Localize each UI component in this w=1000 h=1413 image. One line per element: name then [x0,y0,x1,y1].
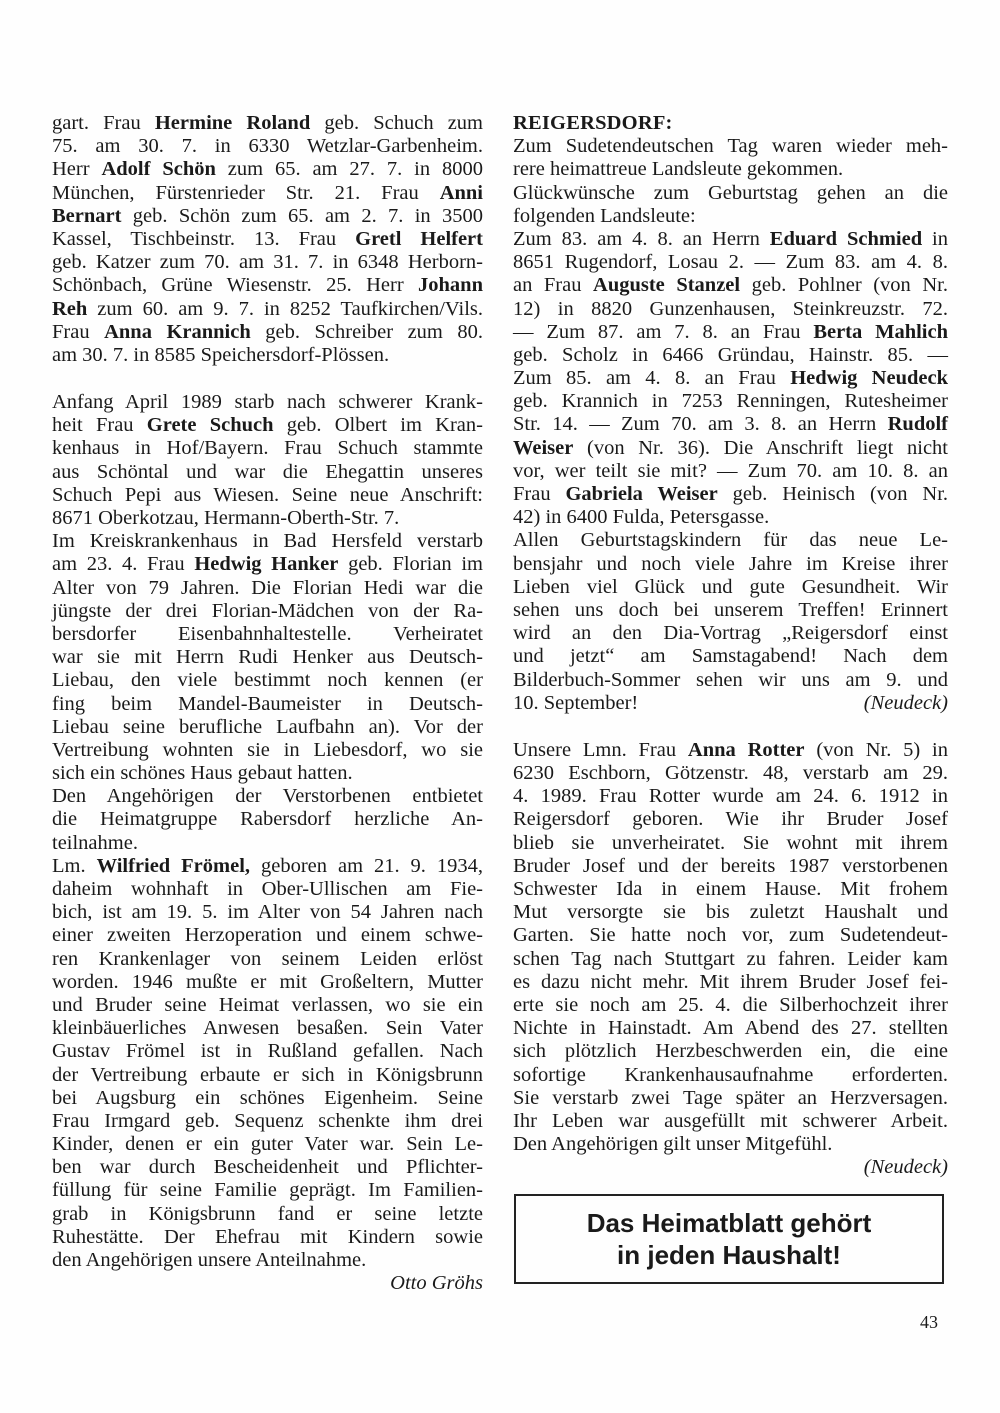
text-line: daheim wohnhaft in Ober-Ullischen am Fie… [52,878,483,901]
left-column: gart. Frau Hermine Roland geb. Schuch zu… [52,112,483,1295]
text-run: geb. Heinisch (von Nr. [718,483,948,505]
author-signature: Otto Gröhs [52,1272,483,1295]
rotter-obituary: Unsere Lmn. Frau Anna Rotter (von Nr. 5)… [513,739,948,1156]
text-run: Frau [52,321,104,343]
text-line: Schwester Ida in einem Hause. Mit frohem [513,878,948,901]
text-line: 42) in 6400 Fulda, Petersgasse. [513,506,948,529]
text-line: Unsere Lmn. Frau Anna Rotter (von Nr. 5)… [513,739,948,762]
text-line: schen Tag nach Stuttgart zu fahren. Leid… [513,948,948,971]
text-run: blieb sie unverheiratet. Sie wohnt mit i… [513,832,948,854]
text-line: 8671 Oberkotzau, Hermann-Oberth-Str. 7. [52,507,483,530]
text-run: Lm. [52,855,97,877]
signature-neudeck-1: (Neudeck) [864,692,948,715]
text-line: Nichte in Hainstadt. Am Abend des 27. st… [513,1017,948,1040]
text-line: 12) in 8820 Gunzenhausen, Steinkreuzstr.… [513,298,948,321]
text-run: bei Augsburg ein schönes Eigenheim. Sein… [52,1087,483,1109]
text-run: Anfang April 1989 starb nach schwerer Kr… [52,391,483,413]
text-run: geb. Pohlner (von Nr. [740,274,948,296]
text-run: in [922,228,948,250]
text-run: 4. 1989. Frau Rotter wurde am 24. 6. 191… [513,785,948,807]
text-line: sofortige Krankenhausaufnahme erforderte… [513,1064,948,1087]
text-line: Den Angehörigen gilt unser Mitgefühl. [513,1133,948,1156]
text-line: war sie mit Herrn Rudi Henker aus Deutsc… [52,646,483,669]
text-line: Mut versorgte sie bis zuletzt Haushalt u… [513,901,948,924]
text-line: Bilderbuch-Sommer sehen wir uns am 9. un… [513,669,948,692]
text-run: Mut versorgte sie bis zuletzt Haushalt u… [513,901,948,923]
text-line: Allen Geburtstagskindern für das neue Le… [513,529,948,552]
text-run: geb. Scholz in 6466 Gründau, Hainstr. 85… [513,344,948,366]
text-line: den Angehörigen unsere Anteilnahme. [52,1249,483,1272]
text-run: 8671 Oberkotzau, Hermann-Oberth-Str. 7. [52,507,399,529]
text-run: teilnahme. [52,832,138,854]
person-name: Auguste Stanzel [593,274,740,296]
text-line: rere heimattreue Landsleute gekommen. [513,158,948,181]
text-line: Bruder Josef und der bereits 1987 versto… [513,855,948,878]
text-line: bersdorfer Eisenbahnhaltestelle. Verheir… [52,623,483,646]
text-line: Weiser (von Nr. 36). Die Anschrift liegt… [513,437,948,460]
text-line: Bernart geb. Schön zum 65. am 2. 7. in 3… [52,205,483,228]
right-column: REIGERSDORF: Zum Sudetendeutschen Tag wa… [513,112,948,1179]
text-line: Reigersdorf geboren. Wie ihr Bruder Jose… [513,808,948,831]
text-line: sich plötzlich Herzbeschwerden ein, die … [513,1040,948,1063]
text-run: 75. am 30. 7. in 6330 Wetzlar-Garbenheim… [52,135,483,157]
text-run: Garten. Sie hatte noch vor, zum Sudetend… [513,924,948,946]
text-line: ben war durch Bescheidenheit und Pflicht… [52,1156,483,1179]
text-line: sich ein schönes Haus gebaut hatten. [52,762,483,785]
text-line: Str. 14. — Zum 70. am 3. 8. an Herrn Rud… [513,413,948,436]
text-run: kenhaus in Hof/Bayern. Frau Schuch stamm… [52,437,483,459]
text-run: heit Frau [52,414,147,436]
text-line: am 23. 4. Frau Hedwig Hanker geb. Floria… [52,553,483,576]
text-run: geb. Schuch zum [310,112,483,134]
text-run: kleinbäuerliches Anwesen besaßen. Sein V… [52,1017,483,1039]
text-line: geb. Scholz in 6466 Gründau, Hainstr. 85… [513,344,948,367]
notice-line-2: in jeden Haushalt! [617,1239,841,1271]
text-line: 4. 1989. Frau Rotter wurde am 24. 6. 191… [513,785,948,808]
text-line: und Bruder seine Heimat verlassen, wo si… [52,994,483,1017]
text-line: der Vertreibung erbaute er sich in König… [52,1064,483,1087]
person-name: Adolf Schön [101,158,215,180]
person-name: Anna Rotter [688,739,805,761]
page-number: 43 [920,1312,938,1333]
text-run: Allen Geburtstagskindern für das neue Le… [513,529,948,551]
text-run: sich ein schönes Haus gebaut hatten. [52,762,353,784]
text-line: Liebau seine berufliche Laufbahn an). Vo… [52,716,483,739]
text-run: an Frau [513,274,593,296]
text-run: Zum Sudetendeutschen Tag waren wieder me… [513,135,948,157]
text-line: Gustav Frömel ist in Rußland gefallen. N… [52,1040,483,1063]
text-line: worden. 1946 mußte er mit Großeltern, Mu… [52,971,483,994]
text-run: Bilderbuch-Sommer sehen wir uns am 9. un… [513,669,948,691]
text-line: bensjahr und noch viele Jahre im Kreise … [513,553,948,576]
text-line: München, Fürstenrieder Str. 21. Frau Ann… [52,182,483,205]
text-run: (von Nr. 5) in [805,739,948,761]
text-line: Lm. Wilfried Frömel, geboren am 21. 9. 1… [52,855,483,878]
person-name: Bernart [52,205,121,227]
text-run: Frau Irmgard geb. Sequenz schenkte ihm d… [52,1110,483,1132]
text-run: geb. Krannich in 7253 Renningen, Ruteshe… [513,390,948,412]
text-line: — Zum 87. am 7. 8. an Frau Berta Mahlich [513,321,948,344]
person-name: Hermine Roland [155,112,310,134]
text-run: die Heimatgruppe Rabersdorf herzliche An… [52,808,483,830]
text-run: am 23. 4. Frau [52,553,194,575]
text-line: Zum 85. am 4. 8. an Frau Hedwig Neudeck [513,367,948,390]
text-run: sehen uns doch bei unserem Treffen! Erin… [513,599,948,621]
text-run: ren Krankenlager von seinem Leiden erlös… [52,948,483,970]
paragraph-gap [513,715,948,739]
person-name: Johann [418,274,483,296]
text-line: fing beim Mandel-Baumeister in Deutsch- [52,693,483,716]
text-run: den Angehörigen unsere Anteilnahme. [52,1249,366,1271]
text-run: (von Nr. 36). Die Anschrift liegt nicht [573,437,948,459]
text-line: Reh zum 60. am 9. 7. in 8252 Taufkirchen… [52,298,483,321]
text-run: der Vertreibung erbaute er sich in König… [52,1064,483,1086]
text-run: Schuch Pepi aus Wiesen. Seine neue Ansch… [52,484,483,506]
text-run: und jetzt“ am Samstagabend! Nach dem [513,645,948,667]
text-line: Zum 83. am 4. 8. an Herrn Eduard Schmied… [513,228,948,251]
person-name: Wilfried Frömel, [97,855,250,877]
text-line: Herr Adolf Schön zum 65. am 27. 7. in 80… [52,158,483,181]
text-run: zum 65. am 27. 7. in 8000 [216,158,483,180]
text-line: 6230 Eschborn, Götzenstr. 48, verstarb a… [513,762,948,785]
text-line: Alter von 79 Jahren. Die Florian Hedi wa… [52,577,483,600]
text-run: Kinder, denen er ein guter Vater war. Se… [52,1133,483,1155]
text-run: Schwester Ida in einem Hause. Mit frohem [513,878,948,900]
text-line: Vertreibung wohnten sie in Liebesdorf, w… [52,739,483,762]
person-name: Hedwig Neudeck [790,367,948,389]
text-line: Lieben viel Glück und gute Gesundheit. W… [513,576,948,599]
text-run: Im Kreiskrankenhaus in Bad Hersfeld vers… [52,530,483,552]
text-line: grab in Königsbrunn fand er seine letzte [52,1203,483,1226]
text-run: geb. Schreiber zum 80. [251,321,483,343]
text-run: bensjahr und noch viele Jahre im Kreise … [513,553,948,575]
text-run: Frau [513,483,565,505]
text-run: — Zum 87. am 7. 8. an Frau [513,321,813,343]
text-run: Schönbach, Grüne Wiesenstr. 25. Herr [52,274,418,296]
text-line: Zum Sudetendeutschen Tag waren wieder me… [513,135,948,158]
text-line: an Frau Auguste Stanzel geb. Pohlner (vo… [513,274,948,297]
text-run: es dazu nicht mehr. Mit ihrem Bruder Jos… [513,971,948,993]
text-run: wird an den Dia-Vortrag „Reigersdorf ein… [513,622,948,644]
text-run: daheim wohnhaft in Ober-Ullischen am Fie… [52,878,483,900]
paragraph-gap [52,367,483,391]
text-run: bich, ist am 19. 5. im Alter von 54 Jahr… [52,901,483,923]
text-line: Kinder, denen er ein guter Vater war. Se… [52,1133,483,1156]
text-line: Anfang April 1989 starb nach schwerer Kr… [52,391,483,414]
text-run: geb. Florian im [338,553,483,575]
text-run: 12) in 8820 Gunzenhausen, Steinkreuzstr.… [513,298,948,320]
text-run: Liebau seine berufliche Laufbahn an). Vo… [52,716,483,738]
text-run: füllung für seine Familie geprägt. Im Fa… [52,1179,483,1201]
text-run: Ruhestätte. Der Ehefrau mit Kindern sowi… [52,1226,483,1248]
person-name: Gabriela Weiser [565,483,717,505]
person-name: Anni [440,182,483,204]
text-line: Frau Anna Krannich geb. Schreiber zum 80… [52,321,483,344]
closing-line: 10. September! (Neudeck) [513,692,948,715]
text-run: 6230 Eschborn, Götzenstr. 48, verstarb a… [513,762,948,784]
text-run: folgenden Landsleute: [513,205,696,227]
text-run: ben war durch Bescheidenheit und Pflicht… [52,1156,483,1178]
text-line: am 30. 7. in 8585 Speichersdorf-Plössen. [52,344,483,367]
person-name: Weiser [513,437,573,459]
obituary-paragraphs: Anfang April 1989 starb nach schwerer Kr… [52,391,483,1272]
text-line: teilnahme. [52,832,483,855]
text-run: erte sie noch am 25. 4. die Silberhochze… [513,994,948,1016]
text-line: jüngste der drei Florian-Mädchen von der… [52,600,483,623]
text-run: sofortige Krankenhausaufnahme erforderte… [513,1064,948,1086]
text-run: gart. Frau [52,112,155,134]
text-line: ren Krankenlager von seinem Leiden erlös… [52,948,483,971]
text-run: worden. 1946 mußte er mit Großeltern, Mu… [52,971,483,993]
text-run: Vertreibung wohnten sie in Liebesdorf, w… [52,739,483,761]
person-name: Grete Schuch [147,414,274,436]
text-run: geb. Olbert im Kran- [274,414,483,436]
text-line: füllung für seine Familie geprägt. Im Fa… [52,1179,483,1202]
text-run: Str. 14. — Zum 70. am 3. 8. an Herrn [513,413,888,435]
person-name: Gretl Helfert [355,228,483,250]
text-run: Ihr Leben war ausgefüllt mit schwerer Ar… [513,1110,948,1132]
person-name: Hedwig Hanker [194,553,338,575]
text-line: bich, ist am 19. 5. im Alter von 54 Jahr… [52,901,483,924]
text-run: Den Angehörigen gilt unser Mitgefühl. [513,1133,832,1155]
text-line: gart. Frau Hermine Roland geb. Schuch zu… [52,112,483,135]
text-run: Unsere Lmn. Frau [513,739,688,761]
text-line: 8651 Rugendorf, Losau 2. — Zum 83. am 4.… [513,251,948,274]
text-run: 42) in 6400 Fulda, Petersgasse. [513,506,769,528]
text-line: und jetzt“ am Samstagabend! Nach dem [513,645,948,668]
text-run: geb. Katzer zum 70. am 31. 7. in 6348 He… [52,251,483,273]
text-run: rere heimattreue Landsleute gekommen. [513,158,843,180]
person-name: Rudolf [888,413,948,435]
text-run: geboren am 21. 9. 1934, [250,855,483,877]
text-run: bersdorfer Eisenbahnhaltestelle. Verheir… [52,623,483,645]
text-run: sich plötzlich Herzbeschwerden ein, die … [513,1040,948,1062]
text-run: einer zweiten Herzoperation und einem sc… [52,924,483,946]
text-run: geb. Schön zum 65. am 2. 7. in 3500 [121,205,483,227]
person-name: Eduard Schmied [770,228,922,250]
text-line: aus Schöntal und war die Ehegattin unser… [52,461,483,484]
text-line: Schönbach, Grüne Wiesenstr. 25. Herr Joh… [52,274,483,297]
text-run: Glückwünsche zum Geburtstag gehen an die [513,182,948,204]
text-line: vor, wer teilt sie mit? — Zum 70. am 10.… [513,460,948,483]
person-name: Berta Mahlich [813,321,948,343]
text-run: Gustav Frömel ist in Rußland gefallen. N… [52,1040,483,1062]
text-line: Frau Irmgard geb. Sequenz schenkte ihm d… [52,1110,483,1133]
text-line: erte sie noch am 25. 4. die Silberhochze… [513,994,948,1017]
text-run: vor, wer teilt sie mit? — Zum 70. am 10.… [513,460,948,482]
text-line: wird an den Dia-Vortrag „Reigersdorf ein… [513,622,948,645]
text-line: Liebau, den viele bestimmt noch kennen (… [52,669,483,692]
text-line: Garten. Sie hatte noch vor, zum Sudetend… [513,924,948,947]
text-run: schen Tag nach Stuttgart zu fahren. Leid… [513,948,948,970]
person-name: Anna Krannich [104,321,251,343]
text-line: Ruhestätte. Der Ehefrau mit Kindern sowi… [52,1226,483,1249]
text-run: und Bruder seine Heimat verlassen, wo si… [52,994,483,1016]
text-run: Lieben viel Glück und gute Gesundheit. W… [513,576,948,598]
text-run: Kassel, Tischbeinstr. 13. Frau [52,228,355,250]
text-line: Kassel, Tischbeinstr. 13. Frau Gretl Hel… [52,228,483,251]
document-page: gart. Frau Hermine Roland geb. Schuch zu… [0,0,1000,1413]
text-line: folgenden Landsleute: [513,205,948,228]
text-line: Frau Gabriela Weiser geb. Heinisch (von … [513,483,948,506]
section-heading: REIGERSDORF: [513,112,948,135]
text-line: sehen uns doch bei unserem Treffen! Erin… [513,599,948,622]
text-run: war sie mit Herrn Rudi Henker aus Deutsc… [52,646,483,668]
text-line: Sie verstarb zwei Tage später an Herzver… [513,1087,948,1110]
text-line: Schuch Pepi aus Wiesen. Seine neue Ansch… [52,484,483,507]
text-line: geb. Katzer zum 70. am 31. 7. in 6348 He… [52,251,483,274]
birthday-paragraph: gart. Frau Hermine Roland geb. Schuch zu… [52,112,483,367]
signature-neudeck-2: (Neudeck) [513,1156,948,1179]
text-run: Sie verstarb zwei Tage später an Herzver… [513,1087,948,1109]
text-line: heit Frau Grete Schuch geb. Olbert im Kr… [52,414,483,437]
text-run: Herr [52,158,101,180]
text-run: Zum 83. am 4. 8. an Herrn [513,228,770,250]
notice-line-1: Das Heimatblatt gehört [587,1207,872,1239]
text-run: fing beim Mandel-Baumeister in Deutsch- [52,693,483,715]
text-run: Zum 85. am 4. 8. an Frau [513,367,790,389]
text-line: kenhaus in Hof/Bayern. Frau Schuch stamm… [52,437,483,460]
text-line: Ihr Leben war ausgefüllt mit schwerer Ar… [513,1110,948,1133]
closing-text: 10. September! [513,692,638,714]
text-line: es dazu nicht mehr. Mit ihrem Bruder Jos… [513,971,948,994]
text-run: jüngste der drei Florian-Mädchen von der… [52,600,483,622]
text-run: Alter von 79 Jahren. Die Florian Hedi wa… [52,577,483,599]
text-run: München, Fürstenrieder Str. 21. Frau [52,182,440,204]
text-run: Bruder Josef und der bereits 1987 versto… [513,855,948,877]
text-line: kleinbäuerliches Anwesen besaßen. Sein V… [52,1017,483,1040]
text-line: Den Angehörigen der Verstorbenen entbiet… [52,785,483,808]
text-run: Reigersdorf geboren. Wie ihr Bruder Jose… [513,808,948,830]
text-line: blieb sie unverheiratet. Sie wohnt mit i… [513,832,948,855]
text-run: grab in Königsbrunn fand er seine letzte [52,1203,483,1225]
text-run: Nichte in Hainstadt. Am Abend des 27. st… [513,1017,948,1039]
person-name: Reh [52,298,87,320]
reigersdorf-birthdays: Zum Sudetendeutschen Tag waren wieder me… [513,135,948,692]
text-line: die Heimatgruppe Rabersdorf herzliche An… [52,808,483,831]
text-run: am 30. 7. in 8585 Speichersdorf-Plössen. [52,344,389,366]
text-run: 8651 Rugendorf, Losau 2. — Zum 83. am 4.… [513,251,948,273]
text-line: geb. Krannich in 7253 Renningen, Ruteshe… [513,390,948,413]
text-line: Glückwünsche zum Geburtstag gehen an die [513,182,948,205]
text-line: Im Kreiskrankenhaus in Bad Hersfeld vers… [52,530,483,553]
text-run: zum 60. am 9. 7. in 8252 Taufkirchen/Vil… [87,298,483,320]
text-line: bei Augsburg ein schönes Eigenheim. Sein… [52,1087,483,1110]
text-line: 75. am 30. 7. in 6330 Wetzlar-Garbenheim… [52,135,483,158]
text-line: einer zweiten Herzoperation und einem sc… [52,924,483,947]
text-run: Den Angehörigen der Verstorbenen entbiet… [52,785,483,807]
notice-box: Das Heimatblatt gehört in jeden Haushalt… [514,1194,944,1284]
text-run: aus Schöntal und war die Ehegattin unser… [52,461,483,483]
text-run: Liebau, den viele bestimmt noch kennen (… [52,669,483,691]
